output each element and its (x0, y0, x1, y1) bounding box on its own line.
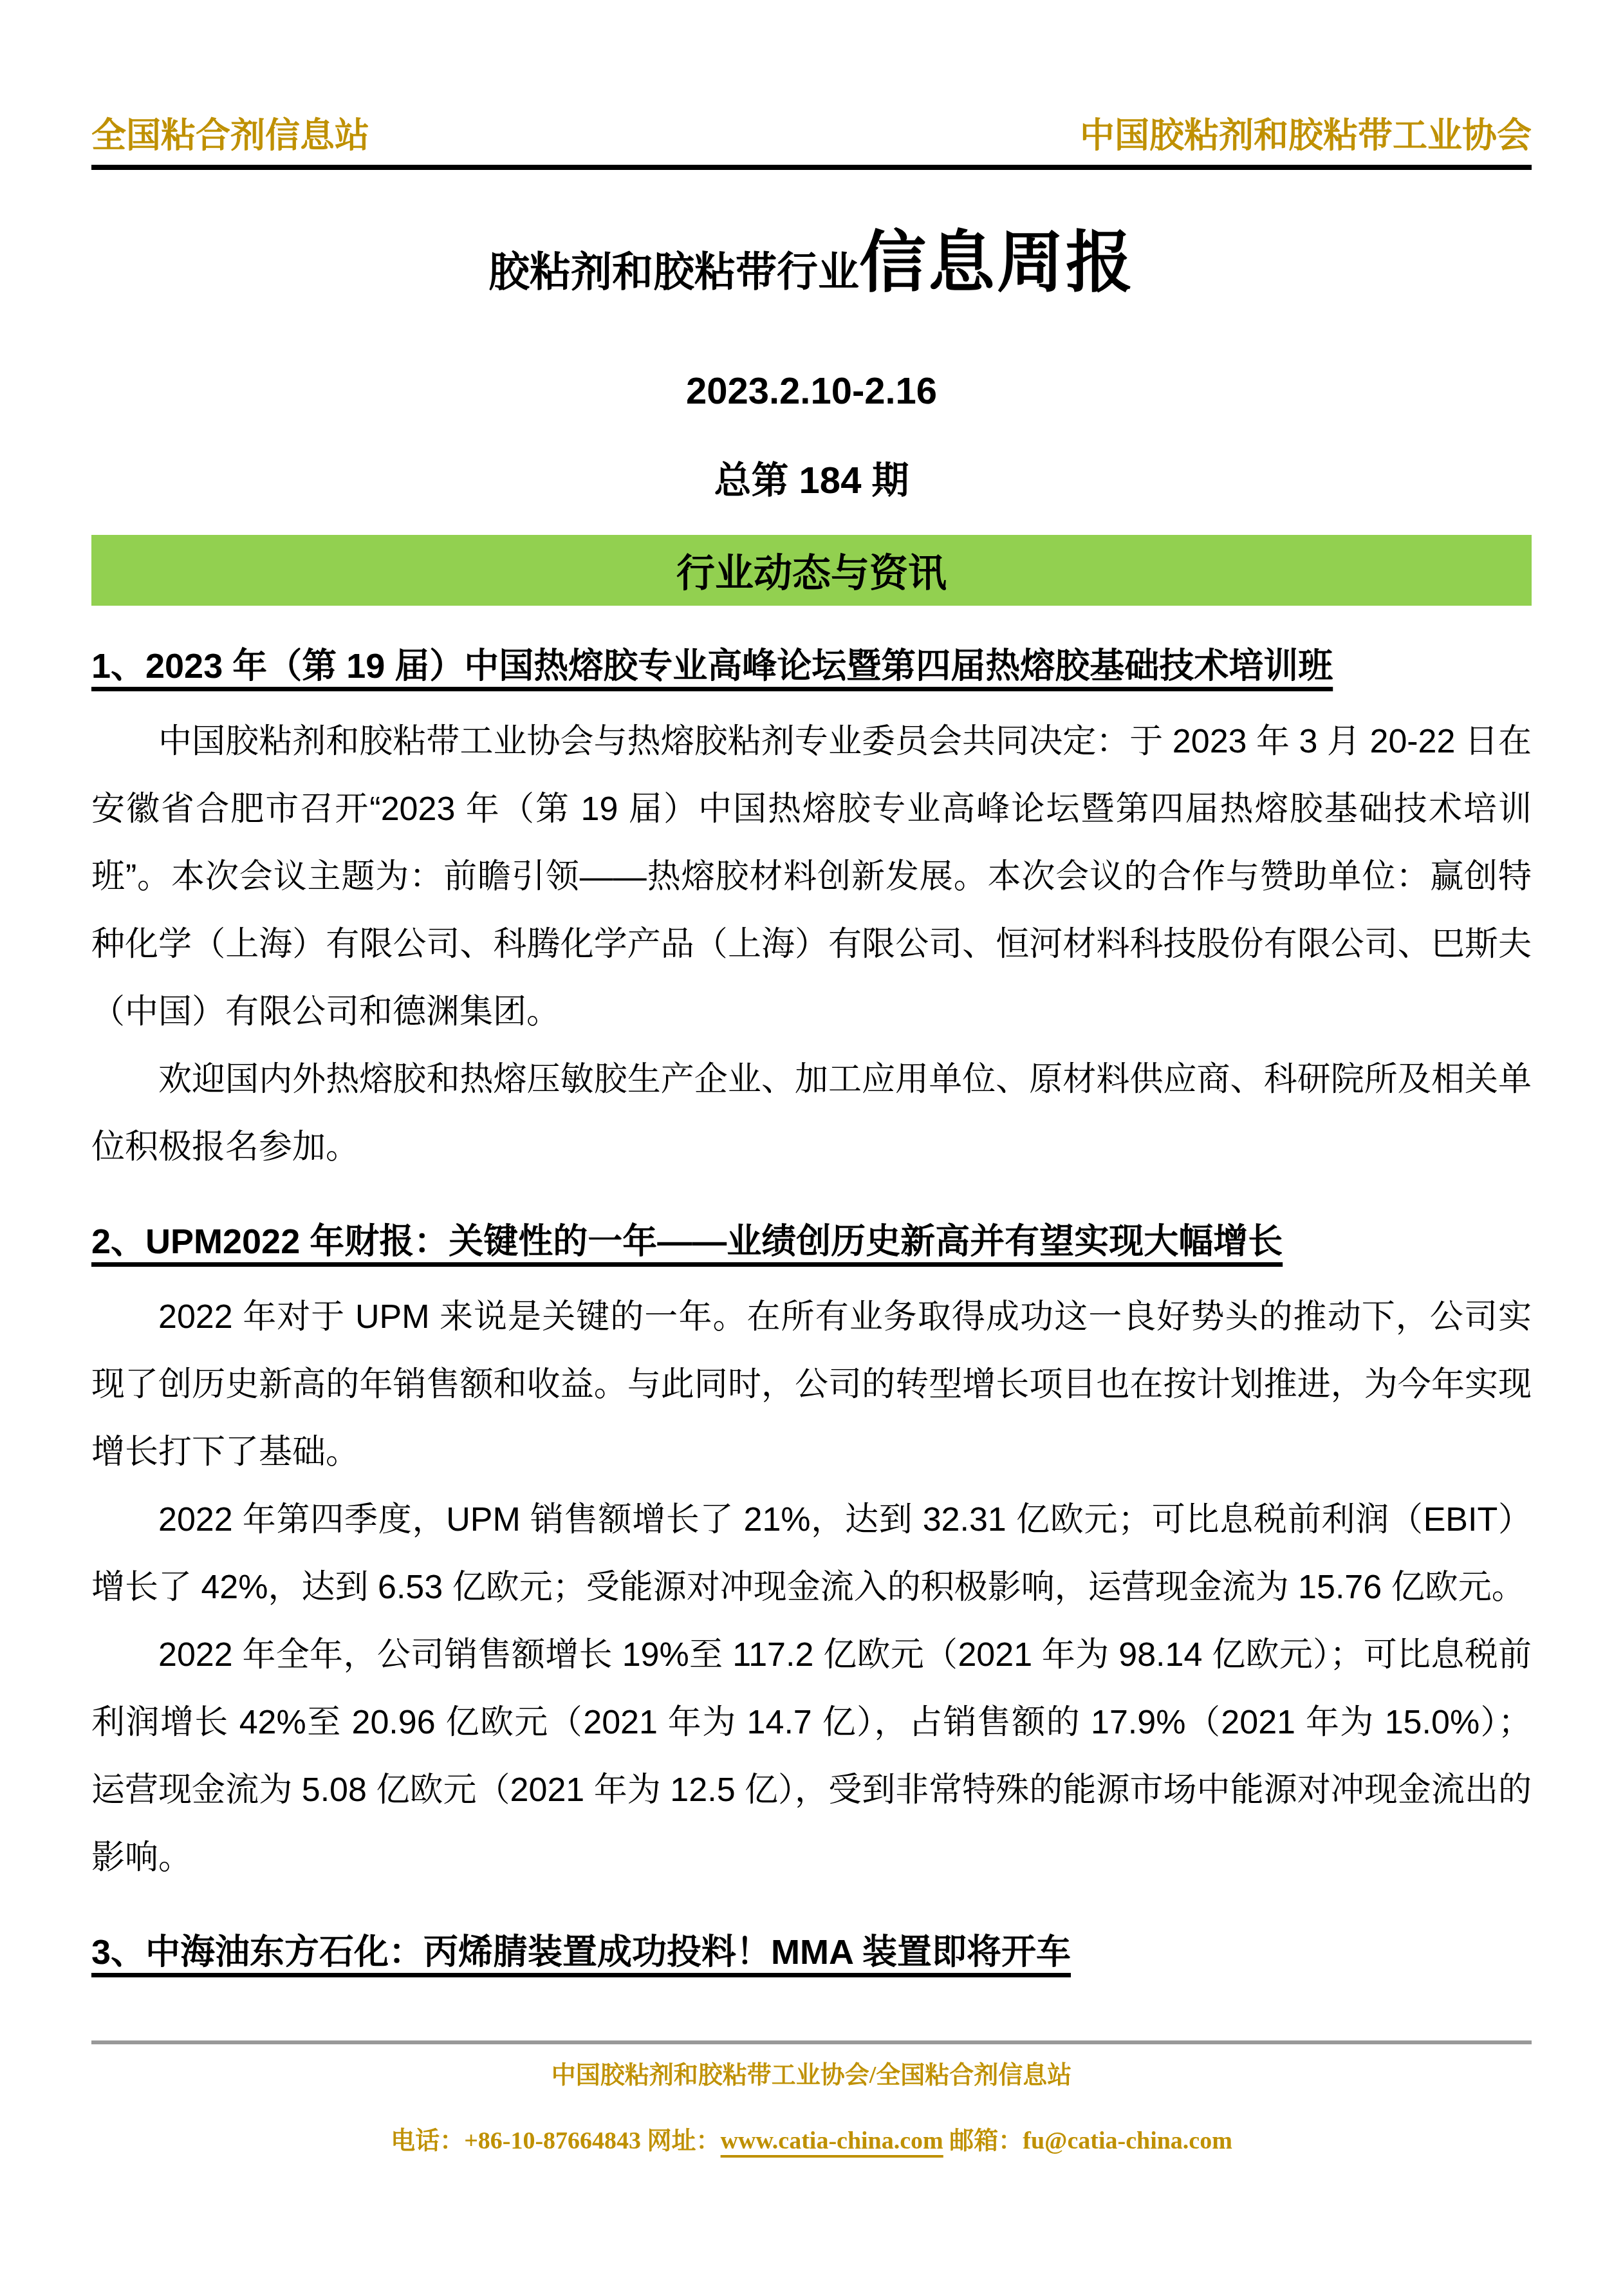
article-2-heading: 2、UPM2022 年财报：关键性的一年——业绩创历史新高并有望实现大幅增长 (91, 1218, 1532, 1265)
article-3-heading: 3、中海油东方石化：丙烯腈装置成功投料！MMA 装置即将开车 (91, 1929, 1532, 1976)
page-footer: 中国胶粘剂和胶粘带工业协会/全国粘合剂信息站 电话：+86-10-8766484… (91, 2040, 1532, 2156)
doc-title: 胶粘剂和胶粘带行业信息周报 (91, 209, 1532, 305)
date-range: 2023.2.10-2.16 (91, 369, 1532, 413)
footer-divider (91, 2040, 1532, 2044)
section-banner: 行业动态与资讯 (91, 535, 1532, 606)
issue-number: 总第 184 期 (91, 450, 1532, 504)
footer-org-line: 中国胶粘剂和胶粘带工业协会/全国粘合剂信息站 (91, 2061, 1532, 2091)
article-1-paragraph-2: 欢迎国内外热熔胶和热熔压敏胶生产企业、加工应用单位、原材料供应商、科研院所及相关… (91, 1046, 1532, 1181)
footer-website-link[interactable]: www.catia-china.com (721, 2127, 943, 2154)
doc-title-main: 信息周报 (859, 226, 1135, 301)
header-right-org: 中国胶粘剂和胶粘带工业协会 (1080, 116, 1532, 156)
header-left-org: 全国粘合剂信息站 (91, 116, 369, 156)
header-divider (91, 165, 1532, 170)
article-2-paragraph-1: 2022 年对于 UPM 来说是关键的一年。在所有业务取得成功这一良好势头的推动… (91, 1283, 1532, 1486)
article-1-heading: 1、2023 年（第 19 届）中国热熔胶专业高峰论坛暨第四届热熔胶基础技术培训… (91, 643, 1532, 690)
footer-contact-line: 电话：+86-10-87664843 网址：www.catia-china.co… (91, 2127, 1532, 2156)
doc-title-prefix: 胶粘剂和胶粘带行业 (488, 248, 859, 295)
article-2-paragraph-2: 2022 年第四季度，UPM 销售额增长了 21%，达到 32.31 亿欧元；可… (91, 1486, 1532, 1621)
section-banner-label: 行业动态与资讯 (676, 543, 947, 598)
article-1-paragraph-1: 中国胶粘剂和胶粘带工业协会与热熔胶粘剂专业委员会共同决定：于 2023 年 3 … (91, 708, 1532, 1046)
footer-email-text: 邮箱：fu@catia-china.com (943, 2127, 1232, 2154)
page-header: 全国粘合剂信息站 中国胶粘剂和胶粘带工业协会 (91, 0, 1532, 156)
newsletter-page: 全国粘合剂信息站 中国胶粘剂和胶粘带工业协会 胶粘剂和胶粘带行业信息周报 202… (0, 0, 1623, 2296)
article-2-paragraph-3: 2022 年全年，公司销售额增长 19%至 117.2 亿欧元（2021 年为 … (91, 1621, 1532, 1892)
footer-phone-and-web-label: 电话：+86-10-87664843 网址： (391, 2127, 720, 2154)
